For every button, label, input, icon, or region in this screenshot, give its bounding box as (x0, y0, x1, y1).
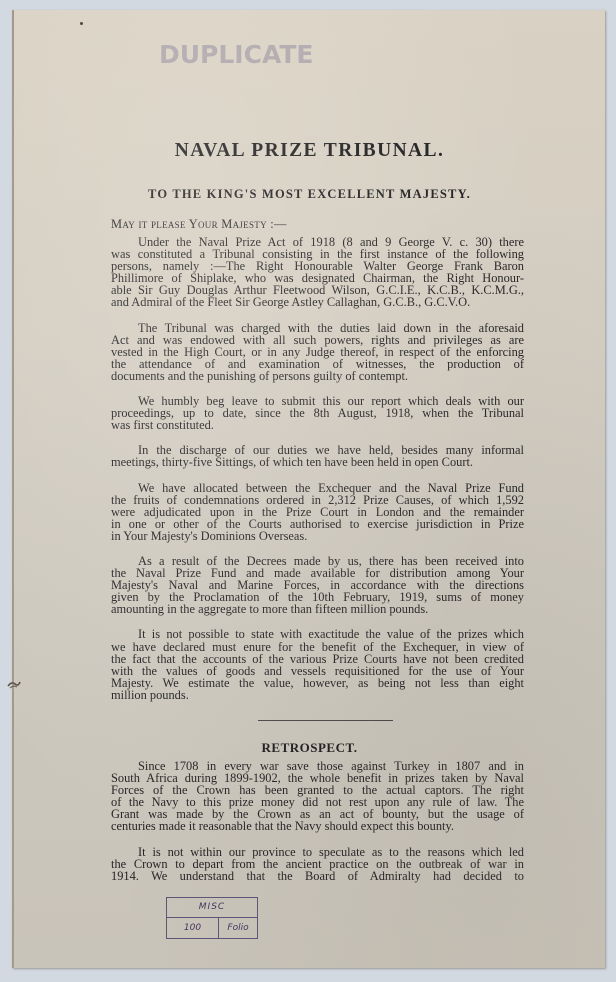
text-line: centuries made it reasonable that the Na… (111, 820, 524, 832)
text-line: The Tribunal was charged with the duties… (111, 322, 524, 334)
retrospect-text: Since 1708 in every war save those again… (111, 760, 524, 882)
text-line: in Your Majesty's Dominions Overseas. (111, 530, 524, 542)
paragraph: In the discharge of our duties we have h… (111, 444, 524, 468)
text-line: million pounds. (111, 689, 524, 701)
text-line: were adjudicated upon in the Prize Court… (111, 506, 524, 518)
paragraph: The Tribunal was charged with the duties… (111, 322, 524, 382)
document-page: DUPLICATE NAVAL PRIZE TRIBUNAL. TO THE K… (12, 10, 605, 968)
catalogue-category: MISC (167, 898, 257, 918)
paragraph: We have allocated between the Exchequer … (111, 482, 524, 542)
paragraph: Since 1708 in every war save those again… (111, 760, 524, 833)
text-line: the Crown to depart from the ancient pra… (111, 858, 524, 870)
paragraph: It is not within our province to specula… (111, 846, 524, 882)
address-line: TO THE KING'S MOST EXCELLENT MAJESTY. (14, 187, 605, 202)
duplicate-stamp: DUPLICATE (159, 40, 314, 69)
text-line: and Admiral of the Fleet Sir George Astl… (111, 296, 524, 308)
catalogue-box: MISC 100 Folio (166, 897, 258, 939)
section-heading: RETROSPECT. (14, 740, 605, 756)
binding-string (7, 677, 21, 691)
punch-hole (80, 22, 83, 25)
section-divider (258, 720, 393, 721)
paragraph: Under the Naval Prize Act of 1918 (8 and… (111, 236, 524, 309)
paragraph: It is not possible to state with exactit… (111, 628, 524, 701)
paragraph: We humbly beg leave to submit this our r… (111, 395, 524, 431)
body-text: Under the Naval Prize Act of 1918 (8 and… (111, 236, 524, 701)
text-line: We have allocated between the Exchequer … (111, 482, 524, 494)
document-title: NAVAL PRIZE TRIBUNAL. (14, 140, 605, 162)
text-line: amounting in the aggregate to more than … (111, 603, 524, 615)
text-line: 1914. We understand that the Board of Ad… (111, 870, 524, 882)
catalogue-format: Folio (219, 918, 257, 938)
catalogue-number: 100 (167, 918, 219, 938)
text-line: was first constituted. (111, 419, 524, 431)
salutation: May it please Your Majesty :— (111, 217, 287, 232)
text-line: with the values of goods and vessels req… (111, 665, 524, 677)
text-line: It is not possible to state with exactit… (111, 628, 524, 640)
paragraph: As a result of the Decrees made by us, t… (111, 555, 524, 615)
text-line: the fact that the accounts of the variou… (111, 653, 524, 665)
text-line: the fruits of condemnations ordered in 2… (111, 494, 524, 506)
text-line: documents and the punishing of persons g… (111, 370, 524, 382)
text-line: meetings, thirty-five Sittings, of which… (111, 456, 524, 468)
text-line: we have declared must enure for the bene… (111, 641, 524, 653)
text-line: It is not within our province to specula… (111, 846, 524, 858)
text-line: Act and was endowed with all such powers… (111, 334, 524, 346)
